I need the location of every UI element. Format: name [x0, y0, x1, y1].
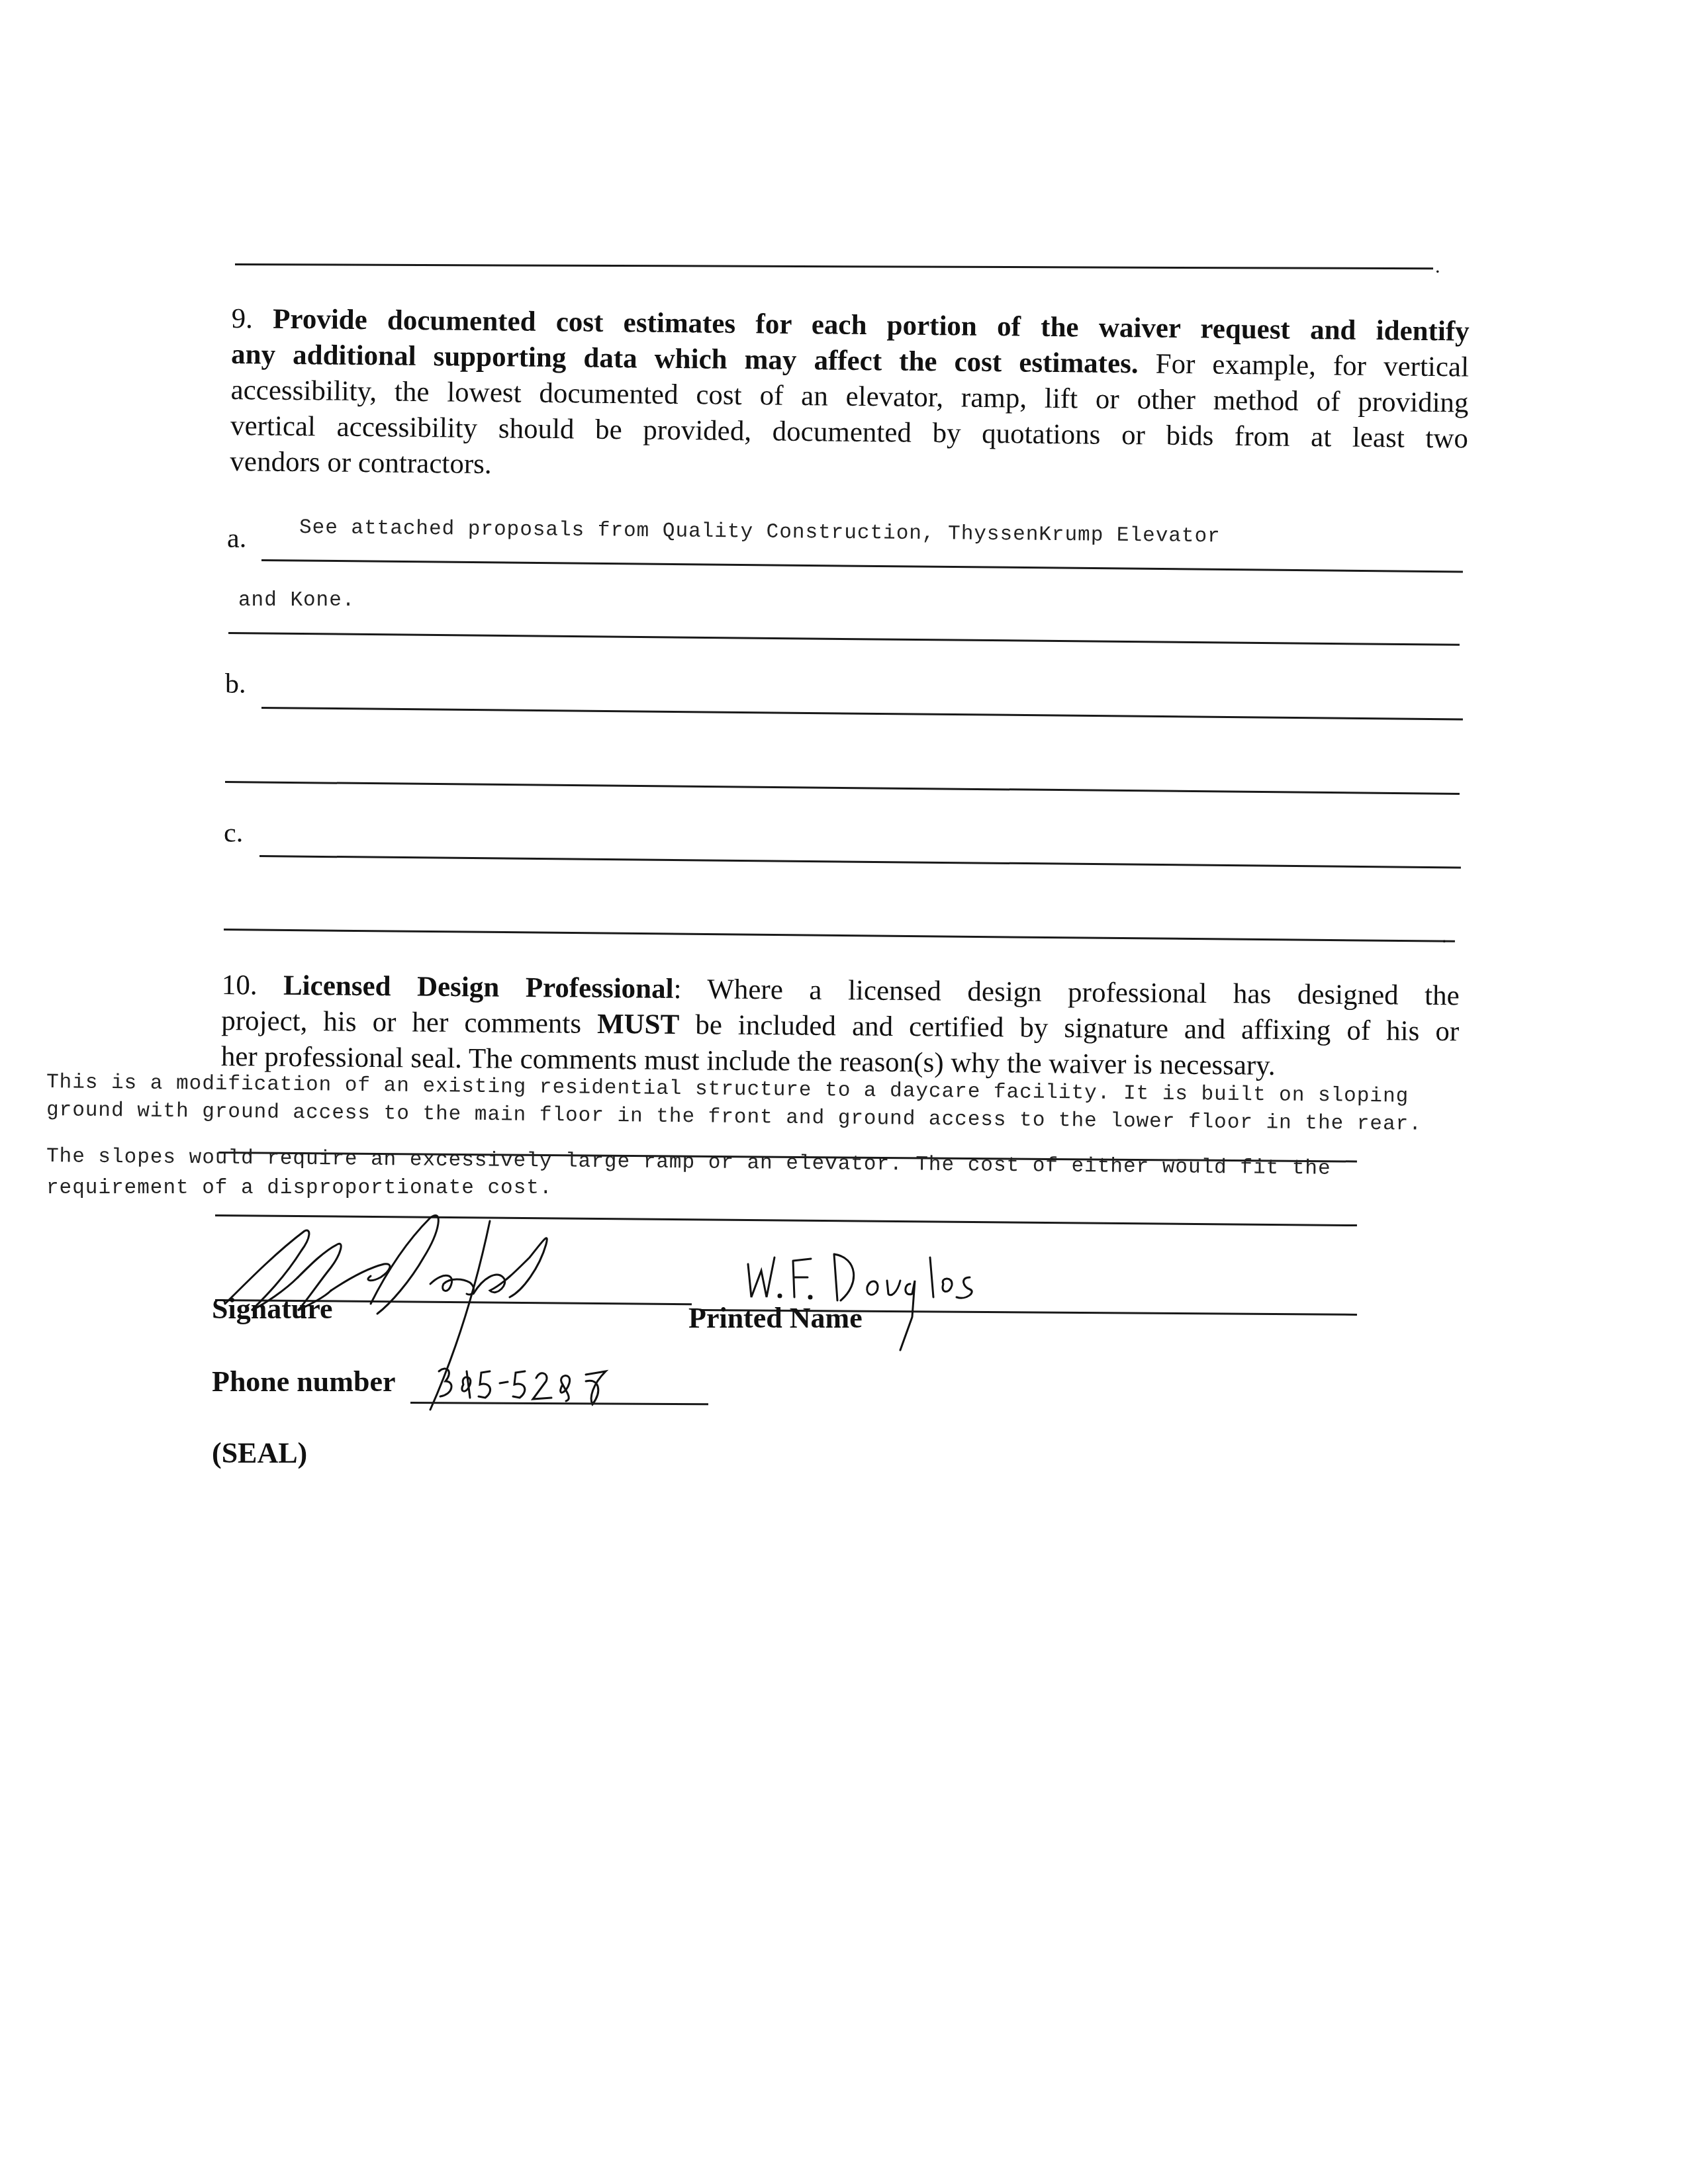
seal-label: (SEAL) — [212, 1436, 307, 1470]
item-a-label: a. — [227, 523, 246, 555]
question-10-line2-post: be included and certified by signature a… — [679, 1009, 1459, 1047]
question-9-line2-rest: For example, for vertical — [1138, 348, 1469, 383]
question-9-number: 9. — [231, 303, 253, 334]
question-9-text: 9. Provide documented cost estimates for… — [230, 301, 1470, 493]
line-end-dot-c: . — [1442, 925, 1447, 948]
item-a-answer-line2[interactable]: and Kone. — [238, 589, 355, 612]
item-a-answer-rule2 — [228, 632, 1460, 646]
item-c-answer-rule2[interactable] — [224, 929, 1455, 942]
question-10-heading: Licensed Design Professional — [283, 970, 674, 1005]
question-10-line1-rest: : Where a licensed design professional h… — [673, 974, 1460, 1011]
question-9-heading-line2: any additional supporting data which may… — [231, 339, 1139, 379]
answer-line-previous — [235, 263, 1433, 269]
signature-label: Signature — [212, 1292, 333, 1326]
line-end-dot: . — [1435, 255, 1440, 278]
item-a-answer-rule1 — [261, 559, 1463, 572]
item-a-answer-line1[interactable]: See attached proposals from Quality Cons… — [299, 516, 1221, 548]
question-10-number: 10. — [222, 970, 258, 1001]
item-b-answer-rule2[interactable] — [225, 781, 1460, 795]
comment-line-3[interactable]: The slopes would require an excessively … — [46, 1145, 1331, 1181]
question-10-line2-pre: project, his or her comments — [221, 1005, 597, 1040]
item-b-label: b. — [225, 668, 246, 700]
printed-name-label: Printed Name — [688, 1301, 863, 1335]
question-10-must: MUST — [597, 1009, 680, 1040]
item-c-label: c. — [224, 817, 243, 849]
question-10-text: 10. Licensed Design Professional: Where … — [221, 968, 1460, 1085]
phone-number-label: Phone number — [212, 1365, 395, 1398]
item-c-answer-rule1[interactable] — [259, 855, 1461, 868]
comment-line-4[interactable]: requirement of a disproportionate cost. — [46, 1177, 553, 1200]
item-b-answer-rule1[interactable] — [261, 707, 1463, 720]
form-page: . 9. Provide documented cost estimates f… — [0, 0, 1688, 2184]
